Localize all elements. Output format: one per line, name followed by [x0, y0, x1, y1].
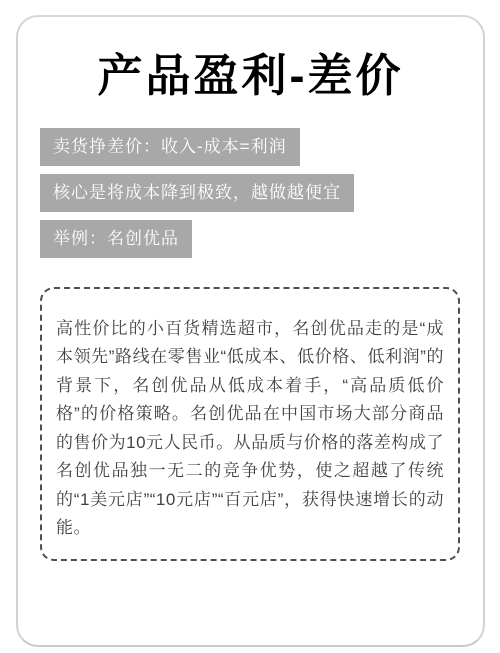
badge-example: 举例：名创优品 [40, 220, 192, 258]
slide-card: 产品盈利-差价 卖货挣差价：收入-成本=利润 核心是将成本降到极致，越做越便宜 … [16, 15, 485, 647]
badge-list: 卖货挣差价：收入-成本=利润 核心是将成本降到极致，越做越便宜 举例：名创优品 [40, 128, 483, 258]
badge-core-principle: 核心是将成本降到极致，越做越便宜 [40, 174, 354, 212]
page-title: 产品盈利-差价 [18, 51, 483, 101]
case-study-note-box: 高性价比的小百货精选超市，名创优品走的是“成本领先”路线在零售业“低成本、低价格… [40, 287, 460, 561]
badge-profit-formula: 卖货挣差价：收入-成本=利润 [40, 128, 300, 166]
page-background: 产品盈利-差价 卖货挣差价：收入-成本=利润 核心是将成本降到极致，越做越便宜 … [0, 0, 500, 653]
case-study-text: 高性价比的小百货精选超市，名创优品走的是“成本领先”路线在零售业“低成本、低价格… [56, 315, 444, 543]
